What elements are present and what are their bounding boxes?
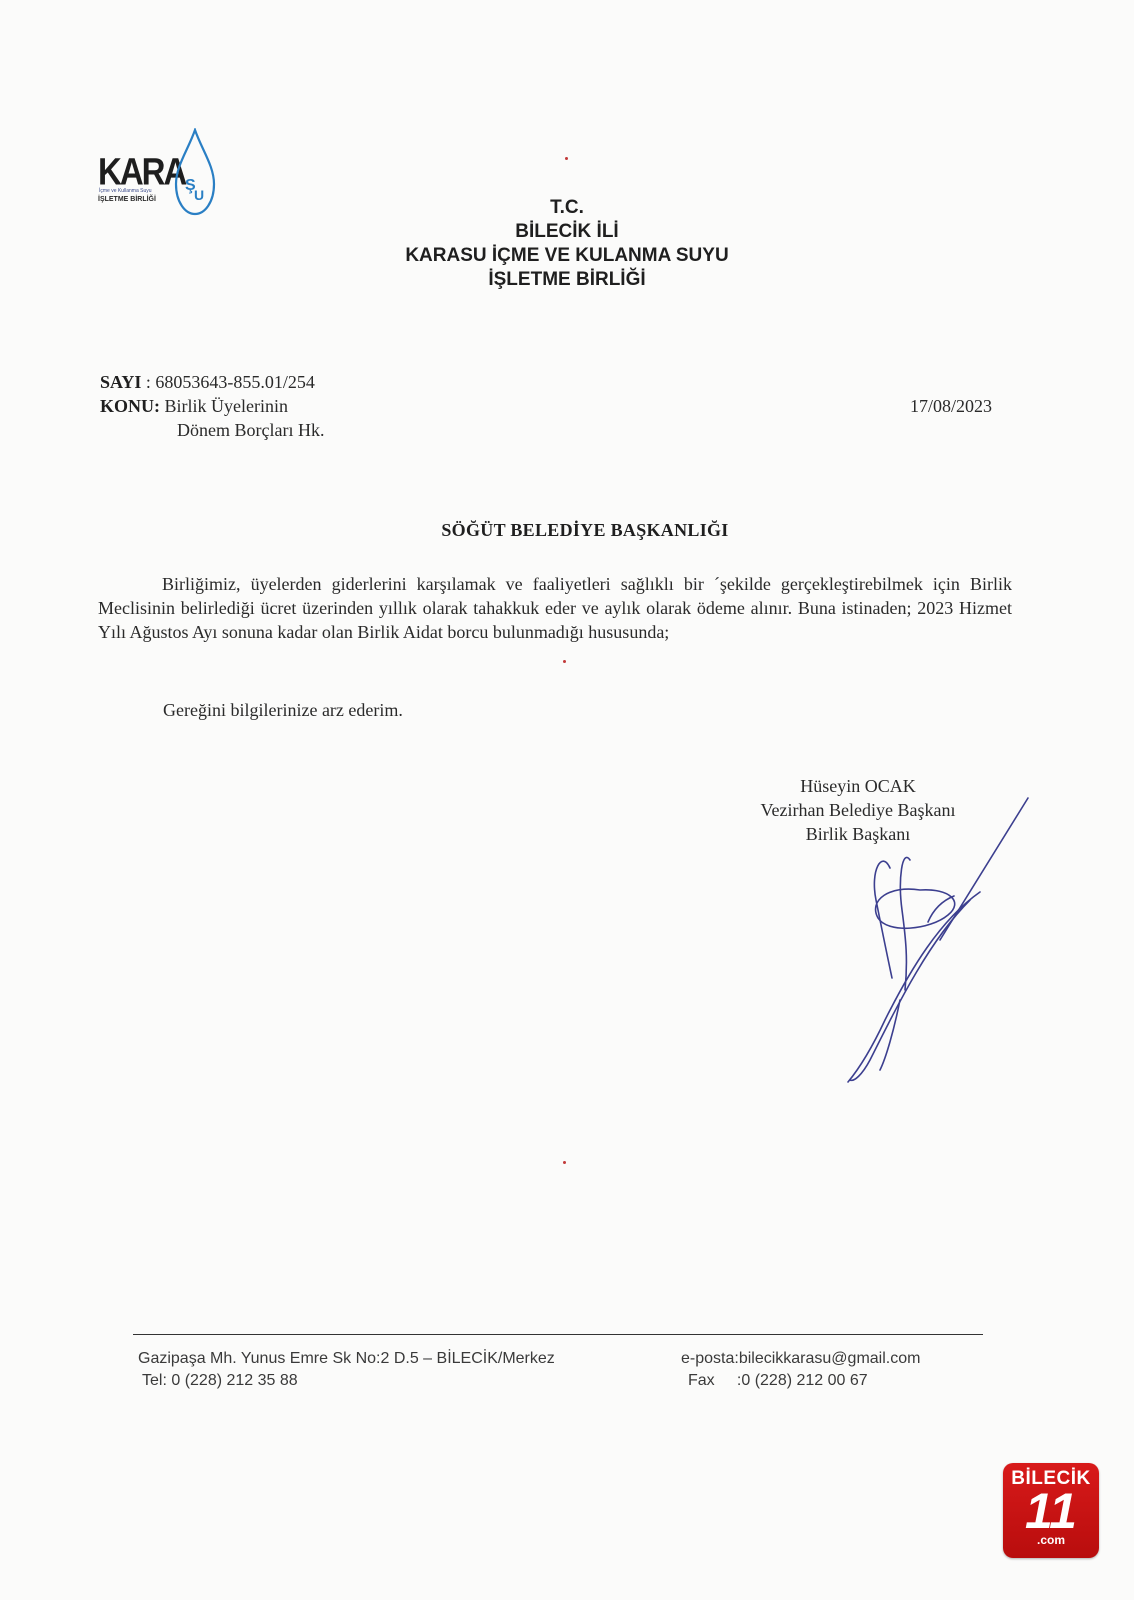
footer-divider: [133, 1334, 983, 1335]
watermark-number: 11: [1003, 1488, 1099, 1534]
recipient-heading: SÖĞÜT BELEDİYE BAŞKANLIĞI: [0, 520, 1134, 541]
konu-value-line1: Birlik Üyelerinin: [165, 396, 288, 416]
scan-dot: [563, 660, 566, 663]
header-province: BİLECİK İLİ: [0, 220, 1134, 244]
body-paragraph: Birliğimiz, üyelerden giderlerini karşıl…: [98, 572, 1012, 644]
header-tc: T.C.: [0, 196, 1134, 220]
handwritten-signature: [830, 790, 1040, 1090]
closing-line: Gereğini bilgilerinize arz ederim.: [163, 700, 403, 721]
footer-phone: Tel: 0 (228) 212 35 88: [142, 1370, 298, 1392]
footer-address: Gazipaşa Mh. Yunus Emre Sk No:2 D.5 – Bİ…: [138, 1348, 555, 1370]
document-date: 17/08/2023: [910, 396, 992, 417]
news-site-watermark: BİLECİK 11 .com: [1003, 1463, 1099, 1558]
konu-label: KONU:: [100, 396, 160, 416]
footer-fax: Fax :0 (228) 212 00 67: [688, 1370, 868, 1392]
scan-dot: [563, 1161, 566, 1164]
sayi-label: SAYI: [100, 372, 141, 392]
logo-subline: İçme ve Kullanma Suyu: [99, 188, 152, 194]
sayi-value: : 68053643-855.01/254: [146, 372, 315, 392]
footer-email: e-posta:bilecikkarasu@gmail.com: [681, 1348, 920, 1370]
document-meta: SAYI : 68053643-855.01/254 KONU: Birlik …: [100, 370, 324, 442]
watermark-suffix: .com: [1003, 1534, 1099, 1546]
header-organization: KARASU İÇME VE KULANMA SUYU: [0, 244, 1134, 268]
letter-body: Birliğimiz, üyelerden giderlerini karşıl…: [98, 572, 1012, 644]
konu-value-line2: Dönem Borçları Hk.: [177, 420, 324, 440]
scan-dot: [565, 157, 568, 160]
header-organization-type: İŞLETME BİRLİĞİ: [0, 268, 1134, 292]
